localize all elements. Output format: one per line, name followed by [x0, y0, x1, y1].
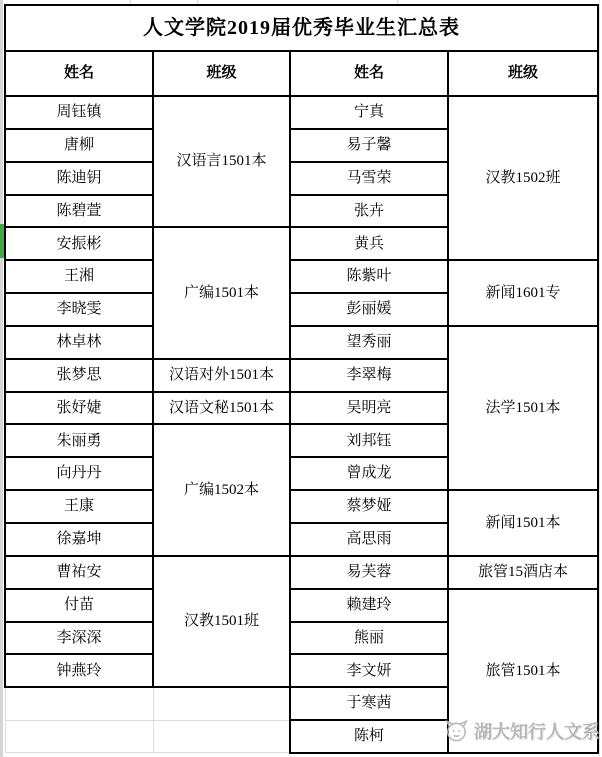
student-name-cell: 陈柯 [290, 720, 448, 753]
student-name-cell: 陈迪钥 [5, 162, 153, 195]
student-name-cell: 陈紫叶 [290, 260, 448, 293]
class-name-cell: 汉语言1501本 [153, 96, 290, 227]
class-name-cell: 广编1502本 [153, 424, 290, 555]
student-name-cell: 向丹丹 [5, 457, 153, 490]
student-name-cell: 望秀丽 [290, 326, 448, 359]
student-name-cell: 周钰镇 [5, 96, 153, 129]
column-header-name-left: 姓名 [5, 51, 153, 96]
student-name-cell: 林卓林 [5, 326, 153, 359]
class-name-cell: 汉语文秘1501本 [153, 392, 290, 425]
student-name-cell: 马雪荣 [290, 162, 448, 195]
empty-cell [153, 720, 290, 753]
student-name-cell: 曹祐安 [5, 556, 153, 589]
student-name-cell: 李文妍 [290, 654, 448, 687]
student-name-cell: 张梦思 [5, 359, 153, 392]
student-name-cell: 李深深 [5, 622, 153, 655]
student-name-cell: 赖建玲 [290, 589, 448, 622]
student-name-cell: 熊丽 [290, 622, 448, 655]
student-name-cell: 吴明亮 [290, 392, 448, 425]
column-header-class-left: 班级 [153, 51, 290, 96]
student-name-cell: 李翠梅 [290, 359, 448, 392]
student-name-cell: 陈碧萱 [5, 195, 153, 228]
table-row: 付苗赖建玲旅管1501本 [5, 589, 598, 622]
header-row: 姓名 班级 姓名 班级 [5, 51, 598, 96]
student-name-cell: 易芙蓉 [290, 556, 448, 589]
graduates-summary-table: 人文学院2019届优秀毕业生汇总表 姓名 班级 姓名 班级 周钰镇汉语言1501… [4, 4, 599, 754]
empty-cell [5, 687, 153, 720]
title-row: 人文学院2019届优秀毕业生汇总表 [5, 5, 598, 51]
sheet-gridline-right [599, 0, 600, 757]
student-name-cell: 李晓雯 [5, 293, 153, 326]
student-name-cell: 王康 [5, 490, 153, 523]
class-name-cell: 旅管15酒店本 [448, 556, 598, 589]
table-row: 王湘陈紫叶新闻1601专 [5, 260, 598, 293]
table-row: 曹祐安汉教1501班易芙蓉旅管15酒店本 [5, 556, 598, 589]
student-name-cell: 易子馨 [290, 129, 448, 162]
class-name-cell: 新闻1501本 [448, 490, 598, 556]
cell-selection-marker [0, 224, 4, 258]
student-name-cell: 张卉 [290, 195, 448, 228]
table-body: 人文学院2019届优秀毕业生汇总表 姓名 班级 姓名 班级 周钰镇汉语言1501… [5, 5, 598, 753]
column-header-class-right: 班级 [448, 51, 598, 96]
student-name-cell: 钟燕玲 [5, 654, 153, 687]
student-name-cell: 蔡梦娅 [290, 490, 448, 523]
student-name-cell: 曾成龙 [290, 457, 448, 490]
class-name-cell: 新闻1601专 [448, 260, 598, 326]
student-name-cell: 安振彬 [5, 227, 153, 260]
table-row: 周钰镇汉语言1501本宁真汉教1502班 [5, 96, 598, 129]
empty-cell [153, 687, 290, 720]
student-name-cell: 黄兵 [290, 227, 448, 260]
page-title: 人文学院2019届优秀毕业生汇总表 [5, 5, 598, 51]
sheet-edge-strip [0, 0, 3, 757]
student-name-cell: 高思雨 [290, 523, 448, 556]
student-name-cell: 张妤婕 [5, 392, 153, 425]
student-name-cell: 徐嘉坤 [5, 523, 153, 556]
student-name-cell: 朱丽勇 [5, 424, 153, 457]
column-header-name-right: 姓名 [290, 51, 448, 96]
class-name-cell: 旅管1501本 [448, 589, 598, 753]
class-name-cell: 汉语对外1501本 [153, 359, 290, 392]
table-row: 王康蔡梦娅新闻1501本 [5, 490, 598, 523]
student-name-cell: 王湘 [5, 260, 153, 293]
empty-cell [5, 720, 153, 753]
student-name-cell: 唐柳 [5, 129, 153, 162]
student-name-cell: 于寒茜 [290, 687, 448, 720]
class-name-cell: 法学1501本 [448, 326, 598, 490]
class-name-cell: 汉教1502班 [448, 96, 598, 260]
table-row: 林卓林望秀丽法学1501本 [5, 326, 598, 359]
student-name-cell: 付苗 [5, 589, 153, 622]
student-name-cell: 刘邦钰 [290, 424, 448, 457]
class-name-cell: 汉教1501班 [153, 556, 290, 687]
student-name-cell: 宁真 [290, 96, 448, 129]
class-name-cell: 广编1501本 [153, 227, 290, 358]
student-name-cell: 彭丽媛 [290, 293, 448, 326]
